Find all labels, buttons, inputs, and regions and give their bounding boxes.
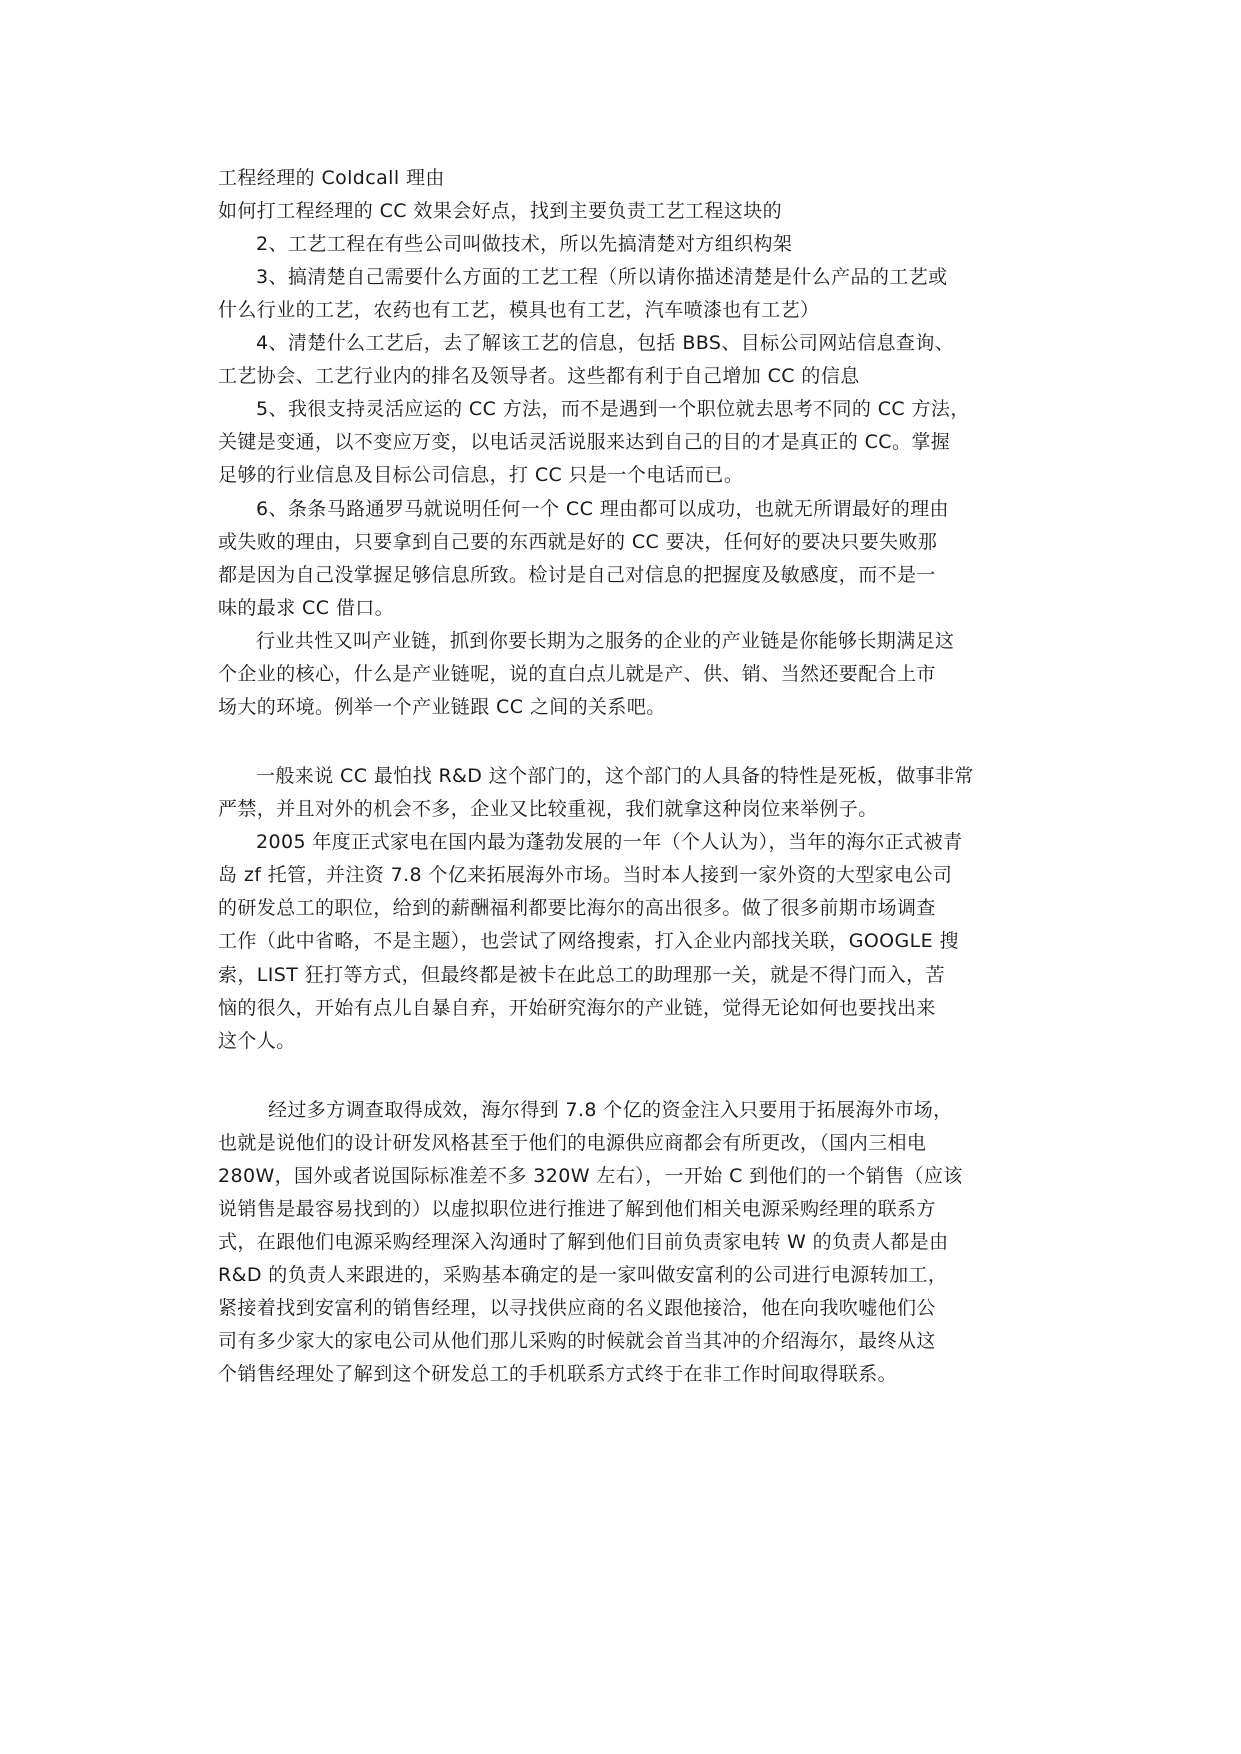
text-line: 都是因为自己没掌握足够信息所致。检讨是自己对信息的把握度及敏感度，而不是一 [218, 563, 936, 587]
text-line: 个企业的核心，什么是产业链呢，说的直白点儿就是产、供、销、当然还要配合上市 [218, 662, 936, 686]
text-line: 关键是变通，以不变应万变，以电话灵活说服来达到自己的目的才是真正的 CC。掌握 [218, 430, 950, 454]
document-title: 工程经理的 Coldcall 理由 [218, 166, 445, 190]
text-line: 味的最求 CC 借口。 [218, 596, 394, 620]
text-line: 或失败的理由，只要拿到自己要的东西就是好的 CC 要决，任何好的要决只要失败那 [218, 530, 937, 554]
text-line: 经过多方调查取得成效，海尔得到 7.8 个亿的资金注入只要用于拓展海外市场， [268, 1098, 953, 1122]
text-line: 3、搞清楚自己需要什么方面的工艺工程（所以请你描述清楚是什么产品的工艺或 [256, 265, 948, 289]
text-line: 恼的很久，开始有点儿自暴自弃，开始研究海尔的产业链，觉得无论如何也要找出来 [218, 996, 936, 1020]
text-line: 这个人。 [218, 1029, 296, 1053]
text-line: 足够的行业信息及目标公司信息，打 CC 只是一个电话而已。 [218, 463, 743, 487]
text-line: 的研发总工的职位，给到的薪酬福利都要比海尔的高出很多。做了很多前期市场调查 [218, 896, 936, 920]
text-line: R&D 的负责人来跟进的，采购基本确定的是一家叫做安富利的公司进行电源转加工， [218, 1263, 947, 1287]
text-line: 如何打工程经理的 CC 效果会好点，找到主要负责工艺工程这块的 [218, 199, 782, 223]
text-line: 说销售是最容易找到的）以虚拟职位进行推进了解到他们相关电源采购经理的联系方 [218, 1197, 936, 1221]
text-line: 工艺协会、工艺行业内的排名及领导者。这些都有利于自己增加 CC 的信息 [218, 364, 860, 388]
text-line: 2005 年度正式家电在国内最为蓬勃发展的一年（个人认为），当年的海尔正式被青 [256, 830, 963, 854]
text-line: 280W，国外或者说国际标准差不多 320W 左右），一开始 C 到他们的一个销… [218, 1164, 963, 1188]
text-line: 场大的环境。例举一个产业链跟 CC 之间的关系吧。 [218, 695, 666, 719]
text-line: 一般来说 CC 最怕找 R&D 这个部门的，这个部门的人具备的特性是死板，做事非… [256, 764, 974, 788]
text-line: 5、我很支持灵活应运的 CC 方法，而不是遇到一个职位就去思考不同的 CC 方法… [256, 397, 970, 421]
text-line: 工作（此中省略，不是主题），也尝试了网络搜索，打入企业内部找关联，GOOGLE … [218, 929, 959, 953]
text-line: 也就是说他们的设计研发风格甚至于他们的电源供应商都会有所更改，（国内三相电 [218, 1131, 926, 1155]
text-line: 索，LIST 狂打等方式，但最终都是被卡在此总工的助理那一关，就是不得门而入，苦 [218, 963, 945, 987]
text-line: 2、工艺工程在有些公司叫做技术，所以先搞清楚对方组织构架 [256, 232, 792, 256]
text-line: 行业共性又叫产业链，抓到你要长期为之服务的企业的产业链是你能够长期满足这 [256, 629, 954, 653]
text-line: 个销售经理处了解到这个研发总工的手机联系方式终于在非工作时间取得联系。 [218, 1362, 897, 1386]
text-line: 紧接着找到安富利的销售经理，以寻找供应商的名义跟他接洽，他在向我吹嘘他们公 [218, 1296, 936, 1320]
text-line: 什么行业的工艺，农药也有工艺，模具也有工艺，汽车喷漆也有工艺） [218, 298, 819, 322]
text-line: 式，在跟他们电源采购经理深入沟通时了解到他们目前负责家电转 W 的负责人都是由 [218, 1230, 948, 1254]
document-page: 工程经理的 Coldcall 理由如何打工程经理的 CC 效果会好点，找到主要负… [0, 0, 1241, 1754]
text-line: 严禁，并且对外的机会不多，企业又比较重视，我们就拿这种岗位来举例子。 [218, 797, 878, 821]
text-line: 岛 zf 托管，并注资 7.8 个亿来拓展海外市场。当时本人接到一家外资的大型家… [218, 863, 952, 887]
text-line: 6、条条马路通罗马就说明任何一个 CC 理由都可以成功，也就无所谓最好的理由 [256, 497, 949, 521]
text-line: 司有多少家大的家电公司从他们那儿采购的时候就会首当其冲的介绍海尔，最终从这 [218, 1329, 936, 1353]
text-line: 4、清楚什么工艺后，去了解该工艺的信息，包括 BBS、目标公司网站信息查询、 [256, 331, 954, 355]
